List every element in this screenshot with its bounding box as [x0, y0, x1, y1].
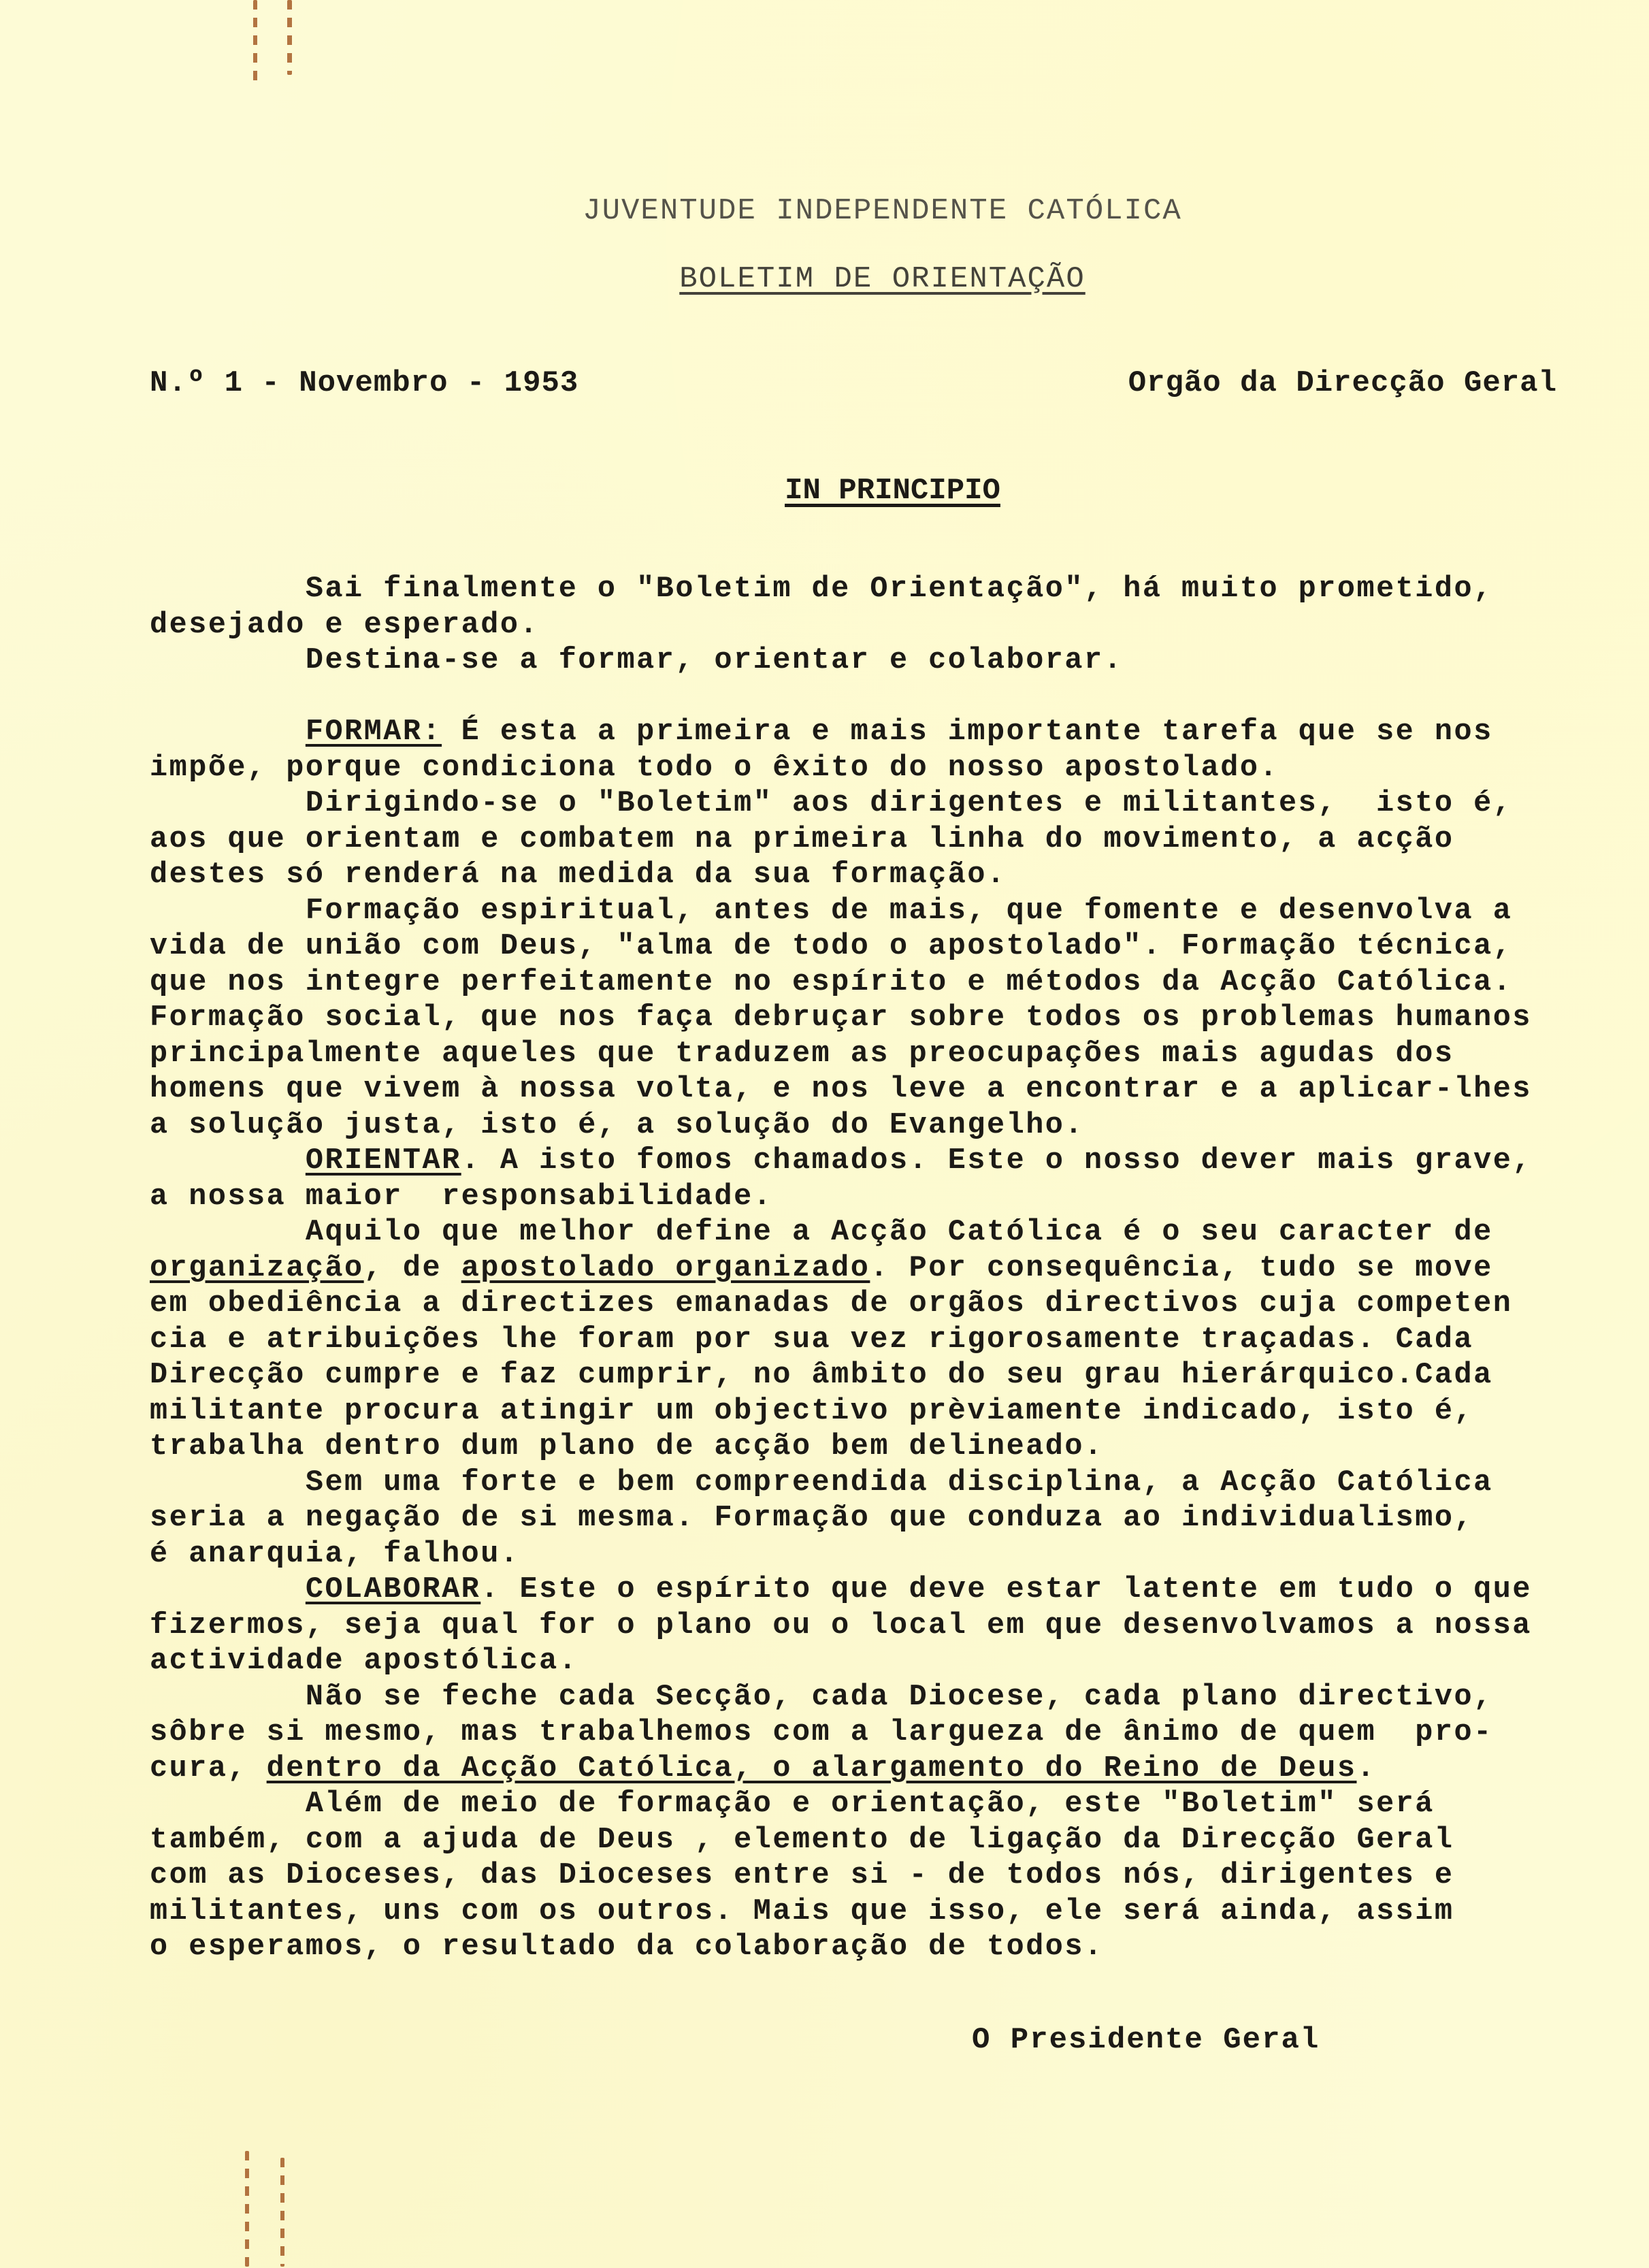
text-segment: Formação espiritual, antes de mais, que … — [306, 894, 1512, 928]
text-segment: Sai finalmente o "Boletim de Orientação"… — [306, 572, 1493, 606]
text-line: em obediência a directizes emanadas de o… — [150, 1286, 1586, 1323]
text-segment: sôbre si mesmo, mas trabalhemos com a la… — [150, 1716, 1493, 1749]
underlined-text: COLABORAR — [306, 1573, 480, 1606]
text-line: Não se feche cada Secção, cada Diocese, … — [150, 1680, 1586, 1716]
publishing-organ: Orgão da Direcção Geral — [1128, 366, 1557, 400]
text-segment: militante procura atingir um objectivo p… — [150, 1395, 1473, 1428]
text-line: a solução justa, isto é, a solução do Ev… — [150, 1108, 1586, 1144]
text-line: Sem uma forte e bem compreendida discipl… — [150, 1465, 1586, 1502]
text-line: FORMAR: É esta a primeira e mais importa… — [150, 715, 1586, 751]
text-line: aos que orientam e combatem na primeira … — [150, 822, 1586, 858]
text-line: seria a negação de si mesma. Formação qu… — [150, 1501, 1586, 1537]
text-segment: É esta a primeira e mais importante tare… — [442, 715, 1493, 749]
text-segment: a nossa maior responsabilidade. — [150, 1180, 772, 1214]
text-segment: Formação social, que nos faça debruçar s… — [150, 1001, 1532, 1035]
text-segment: Além de meio de formação e orientação, e… — [306, 1787, 1435, 1821]
text-line: Formação espiritual, antes de mais, que … — [150, 894, 1586, 930]
text-segment: destes só renderá na medida da sua forma… — [150, 858, 1007, 892]
text-line: fizermos, seja qual for o plano ou o loc… — [150, 1608, 1586, 1645]
text-segment: . A isto fomos chamados. Este o nosso de… — [461, 1144, 1532, 1178]
text-segment: o esperamos, o resultado da colaboração … — [150, 1930, 1104, 1964]
text-segment: que nos integre perfeitamente no espírit… — [150, 966, 1512, 999]
text-segment: em obediência a directizes emanadas de o… — [150, 1287, 1512, 1321]
paragraph-gap — [150, 679, 1586, 715]
text-line: Formação social, que nos faça debruçar s… — [150, 1001, 1586, 1037]
text-segment: homens que vivem à nossa volta, e nos le… — [150, 1073, 1532, 1106]
text-segment: principalmente aqueles que traduzem as p… — [150, 1037, 1454, 1071]
bulletin-title: BOLETIM DE ORIENTAÇÃO — [0, 262, 1649, 296]
text-line: vida de união com Deus, "alma de todo o … — [150, 929, 1586, 965]
text-line: COLABORAR. Este o espírito que deve esta… — [150, 1572, 1586, 1608]
text-line: trabalha dentro dum plano de acção bem d… — [150, 1429, 1586, 1465]
text-segment: . — [1356, 1752, 1376, 1785]
organization-name: JUVENTUDE INDEPENDENTE CATÓLICA — [0, 194, 1649, 228]
text-segment: Direcção cumpre e faz cumprir, no âmbito… — [150, 1359, 1493, 1392]
text-line: actividade apostólica. — [150, 1644, 1586, 1680]
text-segment: vida de união com Deus, "alma de todo o … — [150, 930, 1512, 963]
underlined-text: organização — [150, 1252, 364, 1285]
text-segment: actividade apostólica. — [150, 1645, 578, 1678]
article-body: Sai finalmente o "Boletim de Orientação"… — [150, 572, 1586, 1966]
text-line: Destina-se a formar, orientar e colabora… — [150, 643, 1586, 679]
text-line: é anarquia, falhou. — [150, 1537, 1586, 1573]
text-line: com as Dioceses, das Dioceses entre si -… — [150, 1858, 1586, 1894]
text-line: principalmente aqueles que traduzem as p… — [150, 1037, 1586, 1073]
text-segment: Aquilo que melhor define a Acção Católic… — [306, 1216, 1493, 1249]
text-line: que nos integre perfeitamente no espírit… — [150, 965, 1586, 1001]
text-segment: cia e atribuições lhe foram por sua vez … — [150, 1323, 1473, 1357]
text-segment: trabalha dentro dum plano de acção bem d… — [150, 1430, 1104, 1463]
text-line: Além de meio de formação e orientação, e… — [150, 1787, 1586, 1823]
text-line: militantes, uns com os outros. Mais que … — [150, 1894, 1586, 1930]
text-segment: , de — [364, 1252, 461, 1285]
text-line: destes só renderá na medida da sua forma… — [150, 858, 1586, 894]
text-segment: Não se feche cada Secção, cada Diocese, … — [306, 1681, 1493, 1714]
text-segment: cura, — [150, 1752, 267, 1785]
text-line: militante procura atingir um objectivo p… — [150, 1394, 1586, 1430]
text-segment: . Este o espírito que deve estar latente… — [480, 1573, 1532, 1606]
text-segment: Sem uma forte e bem compreendida discipl… — [306, 1466, 1493, 1500]
text-segment: aos que orientam e combatem na primeira … — [150, 823, 1454, 856]
underlined-text: FORMAR: — [306, 715, 442, 749]
rust-stain-bottom-left — [245, 2151, 249, 2267]
underlined-text: ORIENTAR — [306, 1144, 461, 1178]
text-line: Aquilo que melhor define a Acção Católic… — [150, 1215, 1586, 1251]
text-segment: a solução justa, isto é, a solução do Ev… — [150, 1109, 1084, 1142]
text-line: impõe, porque condiciona todo o êxito do… — [150, 751, 1586, 787]
rust-stain-top-left — [253, 0, 257, 82]
text-line: cia e atribuições lhe foram por sua vez … — [150, 1323, 1586, 1359]
text-line: desejado e esperado. — [150, 608, 1586, 644]
underlined-text: dentro da Acção Católica, o alargamento … — [267, 1752, 1357, 1785]
text-segment: fizermos, seja qual for o plano ou o loc… — [150, 1609, 1532, 1642]
text-segment: . Por consequência, tudo se move — [870, 1252, 1492, 1285]
text-line: sôbre si mesmo, mas trabalhemos com a la… — [150, 1715, 1586, 1751]
text-segment: também, com a ajuda de Deus , elemento d… — [150, 1824, 1454, 1857]
text-line: Direcção cumpre e faz cumprir, no âmbito… — [150, 1358, 1586, 1394]
text-segment: seria a negação de si mesma. Formação qu… — [150, 1502, 1473, 1535]
text-line: o esperamos, o resultado da colaboração … — [150, 1930, 1586, 1966]
text-segment: desejado e esperado. — [150, 609, 539, 642]
text-line: ORIENTAR. A isto fomos chamados. Este o … — [150, 1144, 1586, 1180]
article-title: IN PRINCIPIO — [0, 474, 1649, 508]
text-segment: Destina-se a formar, orientar e colabora… — [306, 644, 1123, 677]
rust-stain-bottom-right — [280, 2158, 284, 2267]
text-line: Dirigindo-se o "Boletim" aos dirigentes … — [150, 786, 1586, 822]
text-segment: militantes, uns com os outros. Mais que … — [150, 1895, 1454, 1928]
text-segment: com as Dioceses, das Dioceses entre si -… — [150, 1859, 1454, 1892]
text-line: homens que vivem à nossa volta, e nos le… — [150, 1072, 1586, 1108]
text-line: também, com a ajuda de Deus , elemento d… — [150, 1823, 1586, 1859]
signature: O Presidente Geral — [972, 2023, 1320, 2057]
text-line: cura, dentro da Acção Católica, o alarga… — [150, 1751, 1586, 1787]
text-line: organização, de apostolado organizado. P… — [150, 1251, 1586, 1287]
text-segment: é anarquia, falhou. — [150, 1538, 519, 1571]
issue-number-date: N.º 1 - Novembro - 1953 — [150, 366, 578, 400]
text-segment: impõe, porque condiciona todo o êxito do… — [150, 751, 1279, 785]
text-line: Sai finalmente o "Boletim de Orientação"… — [150, 572, 1586, 608]
text-line: a nossa maior responsabilidade. — [150, 1180, 1586, 1216]
rust-stain-top-right — [287, 0, 292, 75]
text-segment: Dirigindo-se o "Boletim" aos dirigentes … — [306, 787, 1512, 820]
underlined-text: apostolado organizado — [461, 1252, 870, 1285]
